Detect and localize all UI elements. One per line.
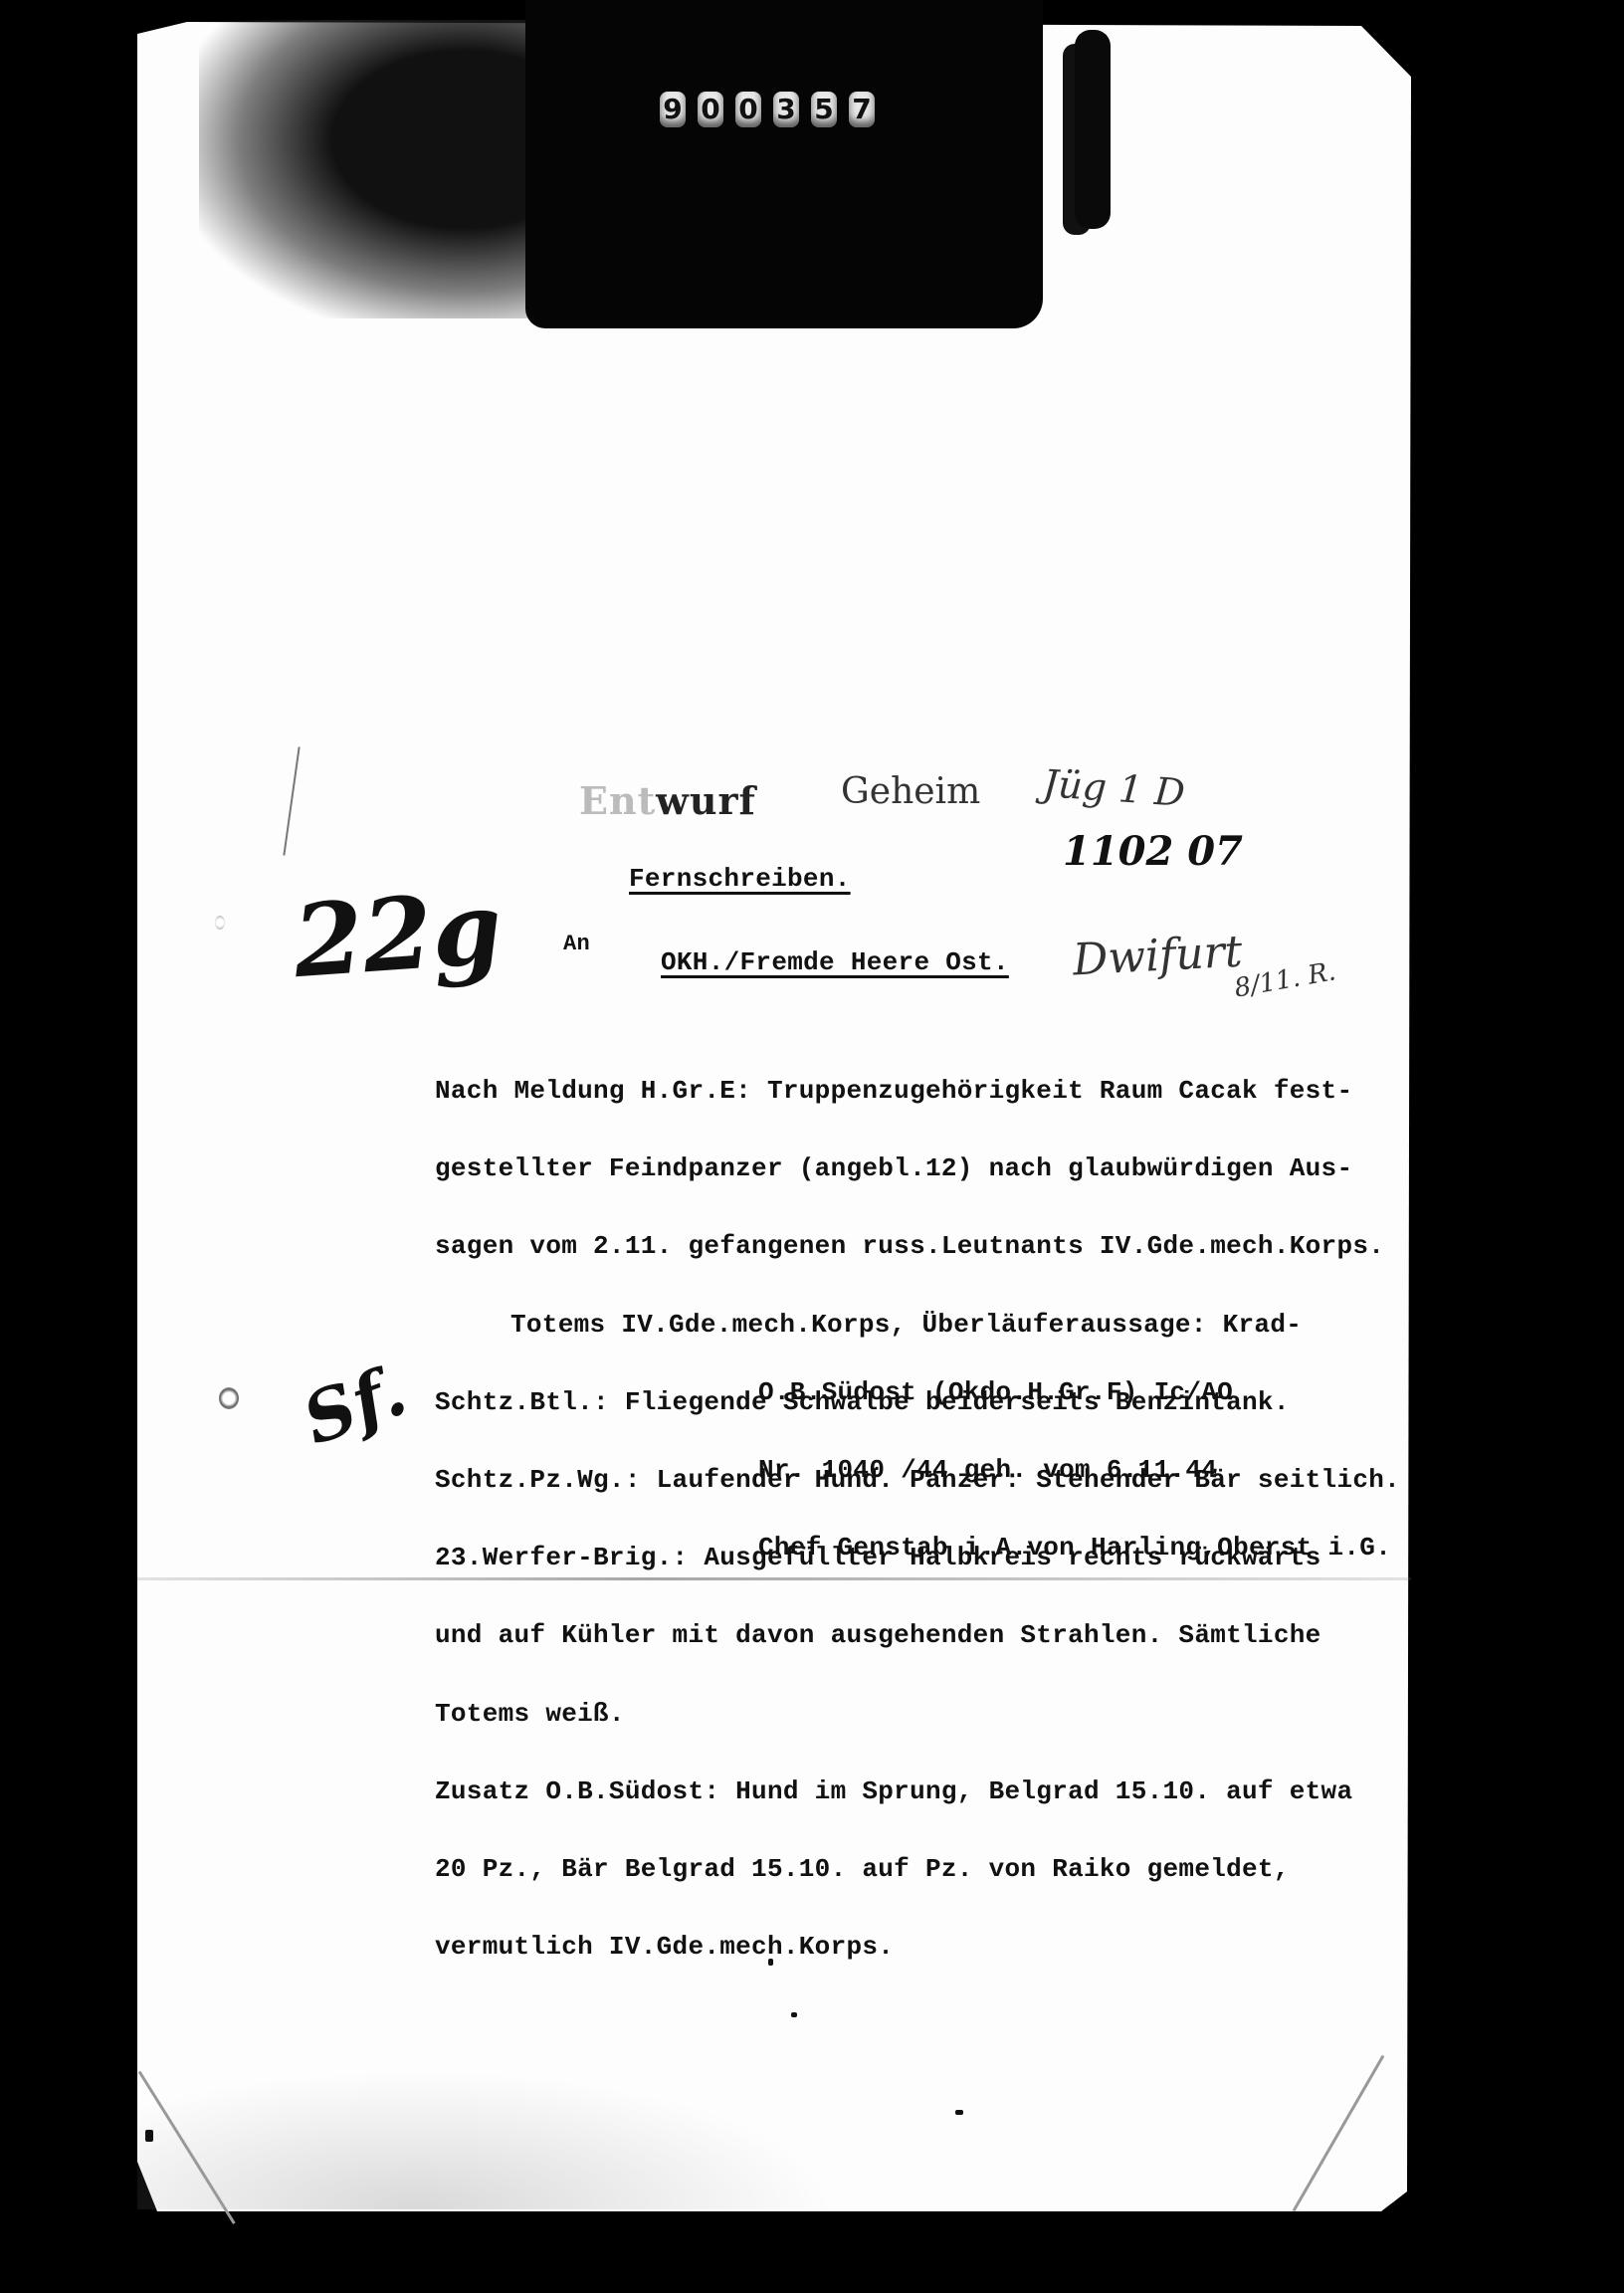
classification-stamp: Geheim xyxy=(841,771,980,812)
counter-digit: 3 xyxy=(773,92,799,127)
draft-stamp-rest: wurf xyxy=(656,778,756,823)
counter-digit: 0 xyxy=(735,92,761,127)
body-line: Zusatz O.B.Südost: Hund im Sprung, Belgr… xyxy=(435,1778,1400,1804)
handwritten-folio-number: 22g xyxy=(290,869,506,1000)
body-line: sagen vom 2.11. gefangenen russ.Leutnant… xyxy=(435,1233,1400,1259)
body-line: und auf Kühler mit davon ausgehenden Str… xyxy=(435,1622,1400,1648)
body-line: 20 Pz., Bär Belgrad 15.10. auf Pz. von R… xyxy=(435,1856,1400,1882)
punch-hole xyxy=(219,1387,239,1409)
signature-block: O.B.Südost (Okdo.H.Gr.F) Ic/AO Nr. 1040 … xyxy=(758,1328,1391,1586)
counter-digit: 7 xyxy=(849,92,875,127)
body-line: vermutlich IV.Gde.mech.Korps. xyxy=(435,1934,1400,1960)
body-line: gestellter Feindpanzer (angebl.12) nach … xyxy=(435,1155,1400,1181)
ink-speck xyxy=(791,2012,797,2017)
counter-shadow xyxy=(199,20,577,318)
counter-digit: 9 xyxy=(660,92,686,127)
page-stain xyxy=(137,2070,834,2209)
handwritten-initials: Dwifurt xyxy=(1072,927,1244,986)
sender-line: O.B.Südost (Okdo.H.Gr.F) Ic/AO xyxy=(758,1379,1391,1405)
draft-stamp: Entwurf xyxy=(579,778,756,823)
handwritten-reference-number: 1102 07 xyxy=(1063,828,1243,875)
signatory-line: Chef Genstab i.A.von Harling,Oberst i.G. xyxy=(758,1535,1391,1561)
punch-hole-mark xyxy=(215,916,225,930)
ink-speck xyxy=(768,1959,773,1966)
counter-digit: 5 xyxy=(811,92,837,127)
counter-digit: 0 xyxy=(698,92,723,127)
recipient-label: An xyxy=(563,932,590,957)
ink-speck xyxy=(955,2110,963,2115)
numbering-counter-device xyxy=(525,0,1043,328)
document-title: Fernschreiben. xyxy=(629,866,851,892)
draft-stamp-faded: Ent xyxy=(579,778,656,823)
ink-speck xyxy=(145,2130,153,2142)
counter-knob-icon xyxy=(1075,30,1111,229)
counter-number: 9 0 0 3 5 7 xyxy=(660,92,875,127)
reference-number-line: Nr. 1040 /44 geh. vom 6.11.44 xyxy=(758,1457,1391,1483)
body-line: Totems weiß. xyxy=(435,1701,1400,1727)
body-line: Nach Meldung H.Gr.E: Truppenzugehörigkei… xyxy=(435,1078,1400,1104)
recipient: OKH./Fremde Heere Ost. xyxy=(661,949,1009,975)
